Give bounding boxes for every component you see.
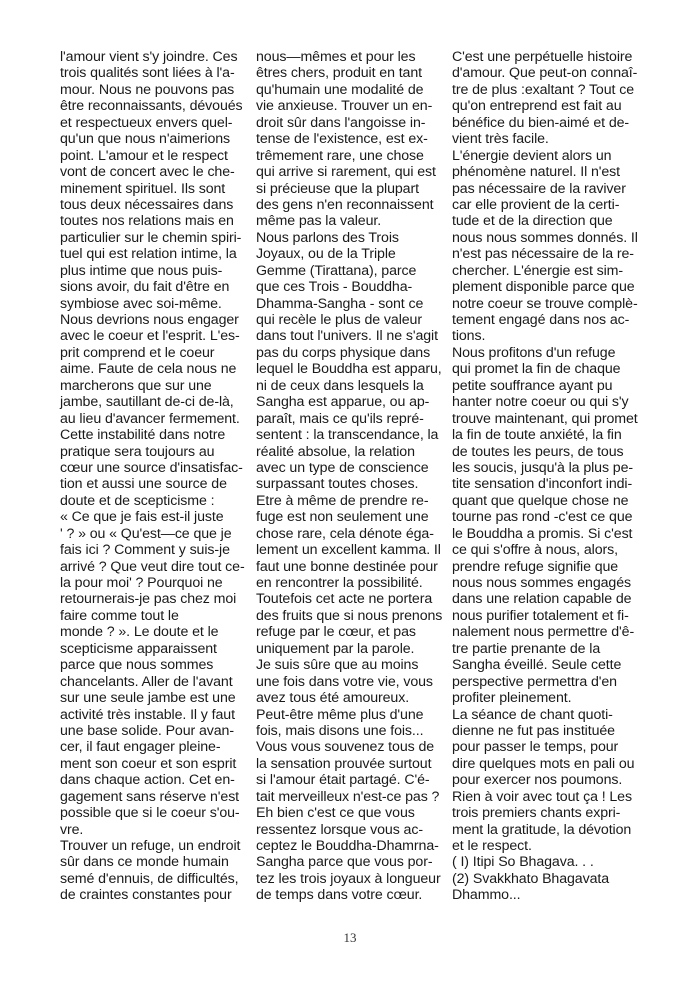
text-line: les soucis, jusqu'à la plus pe- <box>452 460 638 476</box>
text-line: nous purifier totalement et fi- <box>452 608 638 624</box>
text-line: ressentez lorsque vous ac- <box>256 822 442 838</box>
text-line: lequel le Bouddha est apparu, <box>256 361 442 377</box>
text-line: « Ce que je fais est-il juste <box>60 509 245 525</box>
text-line: des gens n'en reconnaissent <box>256 197 442 213</box>
text-line: vont de concert avec le che- <box>60 164 245 180</box>
text-line: jambe, sautillant de-ci de-là, <box>60 394 245 410</box>
text-line: Nous devrions nous engager <box>60 312 245 328</box>
text-line: qu'on entreprend est fait au <box>452 98 638 114</box>
text-line: ( I) Itipi So Bhagava. . . <box>452 854 638 870</box>
text-line: dire quelques mots en pali ou <box>452 756 638 772</box>
text-line: n'est pas nécessaire de la re- <box>452 246 638 262</box>
text-line: nous—mêmes et pour les <box>256 49 442 65</box>
text-line: symbiose avec soi-même. <box>60 296 245 312</box>
text-line: en rencontrer la possibilité. <box>256 575 442 591</box>
text-line: pour passer le temps, pour <box>452 739 638 755</box>
text-line: vre. <box>60 822 245 838</box>
text-line: Nous profitons d'un refuge <box>452 345 638 361</box>
text-line: mour. Nous ne pouvons pas <box>60 82 245 98</box>
text-line: paraît, mais ce qu'ils repré- <box>256 411 442 427</box>
text-line: Trouver un refuge, un endroit <box>60 838 245 854</box>
text-line: sûr dans ce monde humain <box>60 854 245 870</box>
text-line: faut une bonne destinée pour <box>256 559 442 575</box>
text-line: Sangha éveillé. Seule cette <box>452 657 638 673</box>
text-line: ni de ceux dans lesquels la <box>256 378 442 394</box>
text-line: la sensation prouvée surtout <box>256 756 442 772</box>
text-line: sur une seule jambe est une <box>60 690 245 706</box>
text-line: au lieu d'avancer fermement. <box>60 411 245 427</box>
text-line: être reconnaissants, dévoués <box>60 98 245 114</box>
text-line: fais ici ? Comment y suis-je <box>60 542 245 558</box>
text-line: et le respect. <box>452 838 638 854</box>
text-line: tuel qui est relation intime, la <box>60 246 245 262</box>
text-line: êtres chers, produit en tant <box>256 65 442 81</box>
text-line: parce que nous sommes <box>60 657 245 673</box>
text-line: lement un excellent kamma. Il <box>256 542 442 558</box>
text-line: qui recèle le plus de valeur <box>256 312 442 328</box>
text-line: perspective permettra d'en <box>452 674 638 690</box>
text-line: cœur une source d'insatisfac- <box>60 460 245 476</box>
text-line: pour exercer nos poumons. <box>452 772 638 788</box>
text-line: gagement sans réserve n'est <box>60 789 245 805</box>
text-line: vie anxieuse. Trouver un en- <box>256 98 442 114</box>
text-line: dienne ne fut pas instituée <box>452 723 638 739</box>
text-line: tre partie prenante de la <box>452 641 638 657</box>
text-line: doute et de scepticisme : <box>60 493 245 509</box>
text-line: tait merveilleux n'est-ce pas ? <box>256 789 442 805</box>
text-line: C'est une perpétuelle histoire <box>452 49 638 65</box>
text-line: si l'amour était partagé. C'é- <box>256 772 442 788</box>
text-line: ment la gratitude, la dévotion <box>452 822 638 838</box>
text-line: arrivé ? Que veut dire tout ce- <box>60 559 245 575</box>
text-line: sions avoir, du fait d'être en <box>60 279 245 295</box>
text-line: Rien à voir avec tout ça ! Les <box>452 789 638 805</box>
text-line: ' ? » ou « Qu'est—ce que je <box>60 526 245 542</box>
text-column-3: C'est une perpétuelle histoired'amour. Q… <box>452 49 638 904</box>
text-line: réalité absolue, la relation <box>256 444 442 460</box>
text-line: tous deux nécessaires dans <box>60 197 245 213</box>
text-line: toutes nos relations mais en <box>60 213 245 229</box>
text-line: ceptez le Bouddha-Dhamrna- <box>256 838 442 854</box>
text-line: nous nous sommes donnés. Il <box>452 230 638 246</box>
text-line: chercher. L'énergie est sim- <box>452 263 638 279</box>
text-line: faire comme tout le <box>60 608 245 624</box>
text-line: profiter pleinement. <box>452 690 638 706</box>
text-line: même pas la valeur. <box>256 213 442 229</box>
text-line: la fin de toute anxiété, la fin <box>452 427 638 443</box>
text-line: Dhamma-Sangha - sont ce <box>256 296 442 312</box>
text-line: surpassant toutes choses. <box>256 476 442 492</box>
text-line: sentent : la transcendance, la <box>256 427 442 443</box>
text-line: uniquement par la parole. <box>256 641 442 657</box>
text-line: une fois dans votre vie, vous <box>256 674 442 690</box>
text-line: Dhammo... <box>452 887 638 903</box>
text-column-1: l'amour vient s'y joindre. Cestrois qual… <box>60 49 245 904</box>
text-line: vient très facile. <box>452 131 638 147</box>
text-line: le Bouddha a promis. Si c'est <box>452 526 638 542</box>
text-line: de toutes les peurs, de tous <box>452 444 638 460</box>
text-line: qui promet la fin de chaque <box>452 361 638 377</box>
text-line: point. L'amour et le respect <box>60 148 245 164</box>
text-line: qu'humain une modalité de <box>256 82 442 98</box>
text-line: refuge par le cœur, et pas <box>256 624 442 640</box>
text-line: Sangha parce que vous por- <box>256 854 442 870</box>
text-line: retournerais-je pas chez moi <box>60 591 245 607</box>
text-line: car elle provient de la certi- <box>452 197 638 213</box>
text-line: l'amour vient s'y joindre. Ces <box>60 49 245 65</box>
text-line: possible que si le coeur s'ou- <box>60 805 245 821</box>
text-line: avec un type de conscience <box>256 460 442 476</box>
text-line: Je suis sûre que au moins <box>256 657 442 673</box>
text-line: avez tous été amoureux. <box>256 690 442 706</box>
text-line: (2) Svakkhato Bhagavata <box>452 871 638 887</box>
text-line: nalement nous permettre d'ê- <box>452 624 638 640</box>
text-line: Eh bien c'est ce que vous <box>256 805 442 821</box>
page-number: 13 <box>0 930 700 946</box>
text-line: Joyaux, ou de la Triple <box>256 246 442 262</box>
text-line: dans chaque action. Cet en- <box>60 772 245 788</box>
text-line: petite souffrance ayant pu <box>452 378 638 394</box>
text-line: bénéfice du bien-aimé et de- <box>452 115 638 131</box>
text-line: marcherons que sur une <box>60 378 245 394</box>
text-line: scepticisme apparaissent <box>60 641 245 657</box>
text-line: de craintes constantes pour <box>60 887 245 903</box>
text-line: minement spirituel. Ils sont <box>60 181 245 197</box>
text-line: semé d'ennuis, de difficultés, <box>60 871 245 887</box>
text-line: tions. <box>452 328 638 344</box>
text-line: tez les trois joyaux à longueur <box>256 871 442 887</box>
text-line: trois qualités sont liées à l'a- <box>60 65 245 81</box>
text-column-2: nous—mêmes et pour lesêtres chers, produ… <box>256 49 442 904</box>
text-line: pratique sera toujours au <box>60 444 245 460</box>
text-line: fuge est non seulement une <box>256 509 442 525</box>
text-line: de temps dans votre cœur. <box>256 887 442 903</box>
text-line: prit comprend et le coeur <box>60 345 245 361</box>
text-line: tement engagé dans nos ac- <box>452 312 638 328</box>
text-line: tion et aussi une source de <box>60 476 245 492</box>
text-line: tourne pas rond -c'est ce que <box>452 509 638 525</box>
text-line: monde ? ». Le doute et le <box>60 624 245 640</box>
text-line: Toutefois cet acte ne portera <box>256 591 442 607</box>
text-line: des fruits que si nous prenons <box>256 608 442 624</box>
text-line: nous nous sommes engagés <box>452 575 638 591</box>
text-line: aime. Faute de cela nous ne <box>60 361 245 377</box>
text-line: trouve maintenant, qui promet <box>452 411 638 427</box>
text-line: Peut-être même plus d'une <box>256 707 442 723</box>
text-line: droit sûr dans l'angoisse in- <box>256 115 442 131</box>
text-line: qu'un que nous n'aimerions <box>60 131 245 147</box>
text-line: cer, il faut engager pleine- <box>60 739 245 755</box>
text-line: trêmement rare, une chose <box>256 148 442 164</box>
text-line: et respectueux envers quel- <box>60 115 245 131</box>
text-line: d'amour. Que peut-on connaî- <box>452 65 638 81</box>
text-line: ce qui s'offre à nous, alors, <box>452 542 638 558</box>
text-line: Vous vous souvenez tous de <box>256 739 442 755</box>
text-line: L'énergie devient alors un <box>452 148 638 164</box>
text-line: Cette instabilité dans notre <box>60 427 245 443</box>
text-line: chancelants. Aller de l'avant <box>60 674 245 690</box>
text-line: La séance de chant quoti- <box>452 707 638 723</box>
text-line: plement disponible parce que <box>452 279 638 295</box>
text-line: activité très instable. Il y faut <box>60 707 245 723</box>
text-line: tre de plus :exaltant ? Tout ce <box>452 82 638 98</box>
text-line: qui arrive si rarement, qui est <box>256 164 442 180</box>
text-line: que ces Trois - Bouddha- <box>256 279 442 295</box>
text-line: pas du corps physique dans <box>256 345 442 361</box>
text-line: Sangha est apparue, ou ap- <box>256 394 442 410</box>
text-line: chose rare, cela dénote éga- <box>256 526 442 542</box>
text-line: hanter notre coeur ou qui s'y <box>452 394 638 410</box>
text-line: une base solide. Pour avan- <box>60 723 245 739</box>
text-line: avec le coeur et l'esprit. L'es- <box>60 328 245 344</box>
text-line: fois, mais disons une fois... <box>256 723 442 739</box>
text-line: notre coeur se trouve complè- <box>452 296 638 312</box>
text-line: trois premiers chants expri- <box>452 805 638 821</box>
text-line: ment son coeur et son esprit <box>60 756 245 772</box>
text-line: Etre à même de prendre re- <box>256 493 442 509</box>
text-line: dans une relation capable de <box>452 591 638 607</box>
text-line: quant que quelque chose ne <box>452 493 638 509</box>
text-line: tite sensation d'inconfort indi- <box>452 476 638 492</box>
text-line: prendre refuge signifie que <box>452 559 638 575</box>
text-line: pas nécessaire de la raviver <box>452 181 638 197</box>
text-line: plus intime que nous puis- <box>60 263 245 279</box>
text-line: Gemme (Tirattana), parce <box>256 263 442 279</box>
text-line: particulier sur le chemin spiri- <box>60 230 245 246</box>
text-line: phénomène naturel. Il n'est <box>452 164 638 180</box>
text-line: Nous parlons des Trois <box>256 230 442 246</box>
text-line: la pour moi' ? Pourquoi ne <box>60 575 245 591</box>
text-line: si précieuse que la plupart <box>256 181 442 197</box>
text-line: dans tout l'univers. Il ne s'agit <box>256 328 442 344</box>
text-line: tense de l'existence, est ex- <box>256 131 442 147</box>
text-line: tude et de la direction que <box>452 213 638 229</box>
